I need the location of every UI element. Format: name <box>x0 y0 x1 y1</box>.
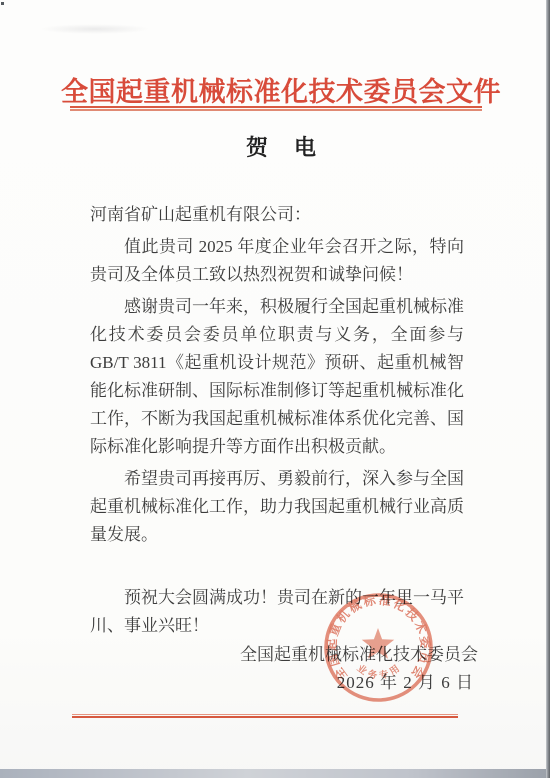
paragraph-3: 希望贵司再接再厉、勇毅前行，深入参与全国起重机械标准化工作，助力我国起重机械行业… <box>90 465 464 549</box>
signature-name: 全国起重机械标准化技术委员会 <box>240 641 478 669</box>
letterhead-title: 全国起重机械标准化技术委员会文件 <box>0 70 550 109</box>
signature-date: 2026 年 2 月 6 日 <box>240 669 478 697</box>
scan-edge-bottom <box>0 769 550 778</box>
scanned-document-page: 全国起重机械标准化技术委员会文件 贺 电 河南省矿山起重机有限公司： 值此贵司 … <box>0 0 550 778</box>
footer-rule <box>72 714 458 718</box>
salutation: 河南省矿山起重机有限公司： <box>90 201 464 229</box>
scan-artifact-dot <box>1 2 4 5</box>
scan-edge-right <box>546 0 550 778</box>
paragraph-2: 感谢贵司一年来，积极履行全国起重机械标准化技术委员会委员单位职责与义务，全面参与… <box>90 293 464 461</box>
doc-body: 河南省矿山起重机有限公司： 值此贵司 2025 年度企业年会召开之际，特向贵司及… <box>90 201 464 640</box>
closing-paragraph: 预祝大会圆满成功！贵司在新的一年里一马平川、事业兴旺！ <box>90 584 464 640</box>
signature-block: 全国起重机械标准化技术委员会 2026 年 2 月 6 日 <box>240 641 478 697</box>
paragraph-1: 值此贵司 2025 年度企业年会召开之际，特向贵司及全体员工致以热烈祝贺和诚挚问… <box>90 233 464 289</box>
scan-smudge <box>40 24 150 34</box>
letterhead-double-rule <box>70 106 482 111</box>
doc-title: 贺 电 <box>0 131 550 162</box>
